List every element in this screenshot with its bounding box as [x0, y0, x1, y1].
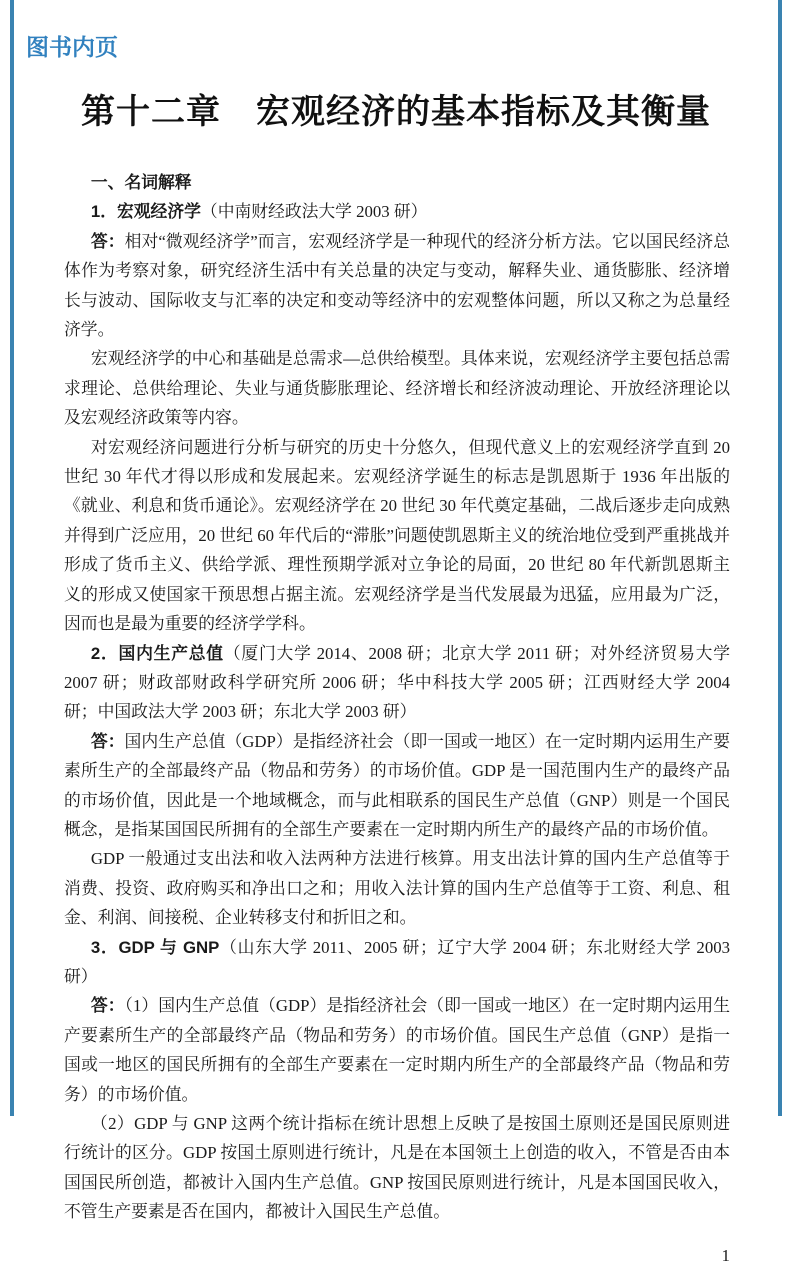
answer-3-text: （1）国内生产总值（GDP）是指经济社会（即一国或一地区）在一定时期内运用生产要…	[64, 996, 730, 1103]
body-paragraph-2: 宏观经济学的中心和基础是总需求—总供给模型。具体来说，宏观经济学主要包括总需求理…	[64, 344, 730, 432]
answer-3-prefix: 答：	[91, 996, 125, 1015]
term-3-label: 3．GDP 与 GNP	[91, 938, 219, 957]
section-heading: 一、名词解释	[64, 168, 730, 197]
term-item-1: 1．宏观经济学（中南财经政法大学 2003 研）	[64, 197, 730, 226]
answer-2-text: 国内生产总值（GDP）是指经济社会（即一国或一地区）在一定时期内运用生产要素所生…	[64, 732, 730, 839]
term-1-label: 1．宏观经济学	[91, 202, 201, 221]
answer-paragraph-1: 答：相对“微观经济学”而言，宏观经济学是一种现代的经济分析方法。它以国民经济总体…	[64, 227, 730, 345]
answer-paragraph-2: 答：国内生产总值（GDP）是指经济社会（即一国或一地区）在一定时期内运用生产要素…	[64, 727, 730, 845]
answer-1-text: 相对“微观经济学”而言，宏观经济学是一种现代的经济分析方法。它以国民经济总体作为…	[64, 232, 730, 339]
term-item-2: 2．国内生产总值（厦门大学 2014、2008 研；北京大学 2011 研；对外…	[64, 639, 730, 727]
chapter-title: 第十二章 宏观经济的基本指标及其衡量	[14, 88, 778, 136]
answer-2-prefix: 答：	[91, 732, 125, 751]
body-paragraph-9: （2）GDP 与 GNP 这两个统计指标在统计思想上反映了是按国土原则还是国民原…	[64, 1109, 730, 1116]
term-2-label: 2．国内生产总值	[91, 644, 224, 663]
term-item-3: 3．GDP 与 GNP（山东大学 2011、2005 研；辽宁大学 2004 研…	[64, 933, 730, 992]
page-frame: 图书内页 第十二章 宏观经济的基本指标及其衡量 一、名词解释 1．宏观经济学（中…	[10, 0, 782, 1116]
answer-paragraph-3: 答：（1）国内生产总值（GDP）是指经济社会（即一国或一地区）在一定时期内运用生…	[64, 991, 730, 1109]
body-paragraph-3: 对宏观经济问题进行分析与研究的历史十分悠久，但现代意义上的宏观经济学直到 20 …	[64, 433, 730, 639]
answer-1-prefix: 答：	[91, 232, 125, 251]
page-body: 一、名词解释 1．宏观经济学（中南财经政法大学 2003 研） 答：相对“微观经…	[64, 168, 730, 1116]
corner-label: 图书内页	[26, 32, 778, 62]
term-1-source: （中南财经政法大学 2003 研）	[201, 202, 428, 221]
body-paragraph-6: GDP 一般通过支出法和收入法两种方法进行核算。用支出法计算的国内生产总值等于消…	[64, 844, 730, 932]
